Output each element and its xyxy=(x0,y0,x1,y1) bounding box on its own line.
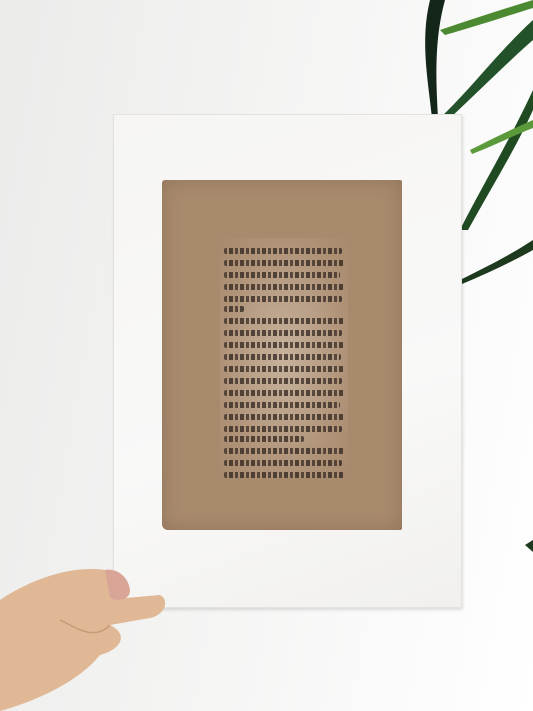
script-line xyxy=(224,448,344,454)
script-line xyxy=(224,460,342,466)
script-line xyxy=(224,378,342,384)
script-line xyxy=(224,426,342,432)
manuscript-folio xyxy=(162,180,402,530)
script-line xyxy=(224,414,344,420)
script-line xyxy=(224,284,344,290)
script-line xyxy=(224,472,344,478)
script-line xyxy=(224,366,344,372)
script-line xyxy=(224,306,244,312)
script-line xyxy=(224,342,344,348)
script-line xyxy=(224,248,342,254)
script-line xyxy=(224,260,344,266)
script-line xyxy=(224,390,344,396)
manuscript-text-block xyxy=(220,238,348,478)
script-line xyxy=(224,296,342,302)
script-line xyxy=(224,318,344,324)
script-line xyxy=(224,436,304,442)
script-line xyxy=(224,330,342,336)
script-line xyxy=(224,402,340,408)
script-line xyxy=(224,354,341,360)
script-line xyxy=(224,272,340,278)
